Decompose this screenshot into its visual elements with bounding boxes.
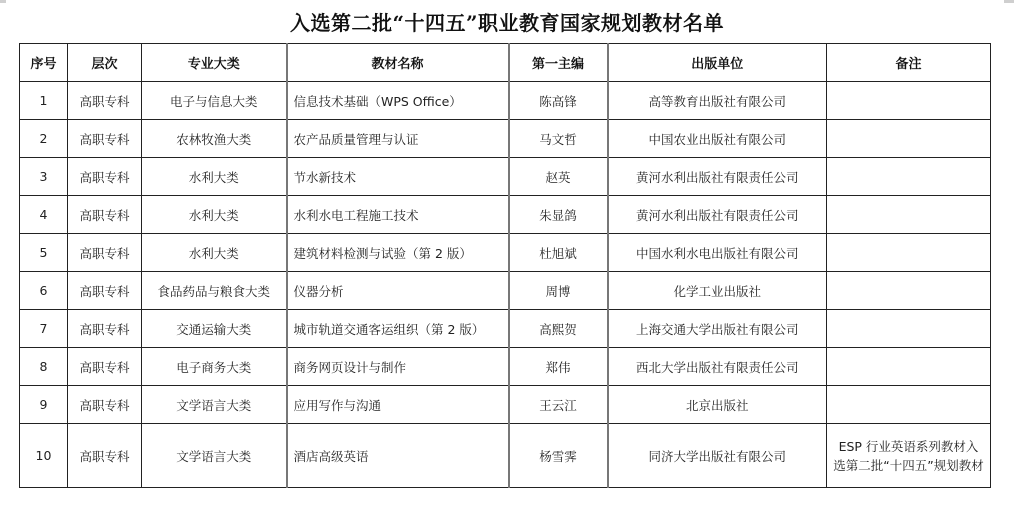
cell-remark bbox=[827, 310, 991, 348]
cell-editor: 马文哲 bbox=[509, 120, 608, 158]
cell-editor: 高熙贺 bbox=[509, 310, 608, 348]
cell-textbook: 水利水电工程施工技术 bbox=[287, 196, 509, 234]
cell-category: 文学语言大类 bbox=[142, 424, 287, 488]
cell-publisher: 北京出版社 bbox=[608, 386, 827, 424]
cell-editor: 周博 bbox=[509, 272, 608, 310]
cell-editor: 王云江 bbox=[509, 386, 608, 424]
cell-editor: 郑伟 bbox=[509, 348, 608, 386]
cell-level: 高职专科 bbox=[68, 196, 142, 234]
table-row: 7 高职专科 交通运输大类 城市轨道交通客运组织（第 2 版） 高熙贺 上海交通… bbox=[20, 310, 991, 348]
cell-level: 高职专科 bbox=[68, 310, 142, 348]
table-row: 8 高职专科 电子商务大类 商务网页设计与制作 郑伟 西北大学出版社有限责任公司 bbox=[20, 348, 991, 386]
cell-no: 10 bbox=[20, 424, 68, 488]
header-editor: 第一主编 bbox=[509, 44, 608, 82]
cell-remark bbox=[827, 234, 991, 272]
table-header-row: 序号 层次 专业大类 教材名称 第一主编 出版单位 备注 bbox=[20, 44, 991, 82]
cell-level: 高职专科 bbox=[68, 158, 142, 196]
cell-category: 水利大类 bbox=[142, 234, 287, 272]
cell-remark bbox=[827, 386, 991, 424]
cell-no: 4 bbox=[20, 196, 68, 234]
cell-textbook: 信息技术基础（WPS Office） bbox=[287, 82, 509, 120]
table-row: 9 高职专科 文学语言大类 应用写作与沟通 王云江 北京出版社 bbox=[20, 386, 991, 424]
cell-category: 电子与信息大类 bbox=[142, 82, 287, 120]
cell-editor: 陈高锋 bbox=[509, 82, 608, 120]
cell-level: 高职专科 bbox=[68, 348, 142, 386]
cell-publisher: 中国农业出版社有限公司 bbox=[608, 120, 827, 158]
cell-level: 高职专科 bbox=[68, 424, 142, 488]
cell-publisher: 西北大学出版社有限责任公司 bbox=[608, 348, 827, 386]
header-publisher: 出版单位 bbox=[608, 44, 827, 82]
cell-textbook: 仪器分析 bbox=[287, 272, 509, 310]
cell-level: 高职专科 bbox=[68, 120, 142, 158]
cell-remark bbox=[827, 348, 991, 386]
cell-remark bbox=[827, 82, 991, 120]
cell-publisher: 化学工业出版社 bbox=[608, 272, 827, 310]
table-row: 3 高职专科 水利大类 节水新技术 赵英 黄河水利出版社有限责任公司 bbox=[20, 158, 991, 196]
cell-remark bbox=[827, 158, 991, 196]
cell-category: 农林牧渔大类 bbox=[142, 120, 287, 158]
table-row: 1 高职专科 电子与信息大类 信息技术基础（WPS Office） 陈高锋 高等… bbox=[20, 82, 991, 120]
cell-textbook: 商务网页设计与制作 bbox=[287, 348, 509, 386]
cell-editor: 赵英 bbox=[509, 158, 608, 196]
header-textbook: 教材名称 bbox=[287, 44, 509, 82]
cell-editor: 杨雪霁 bbox=[509, 424, 608, 488]
cell-no: 2 bbox=[20, 120, 68, 158]
cell-no: 1 bbox=[20, 82, 68, 120]
cell-textbook: 酒店高级英语 bbox=[287, 424, 509, 488]
cell-category: 文学语言大类 bbox=[142, 386, 287, 424]
table-row: 5 高职专科 水利大类 建筑材料检测与试验（第 2 版） 杜旭斌 中国水利水电出… bbox=[20, 234, 991, 272]
cell-publisher: 同济大学出版社有限公司 bbox=[608, 424, 827, 488]
cell-textbook: 应用写作与沟通 bbox=[287, 386, 509, 424]
header-remark: 备注 bbox=[827, 44, 991, 82]
cell-level: 高职专科 bbox=[68, 82, 142, 120]
cell-textbook: 农产品质量管理与认证 bbox=[287, 120, 509, 158]
cell-editor: 朱显鸽 bbox=[509, 196, 608, 234]
cell-remark: ESP 行业英语系列教材入选第二批“十四五”规划教材 bbox=[827, 424, 991, 488]
cell-publisher: 中国水利水电出版社有限公司 bbox=[608, 234, 827, 272]
window-corner-left bbox=[0, 0, 6, 3]
cell-no: 6 bbox=[20, 272, 68, 310]
header-level: 层次 bbox=[68, 44, 142, 82]
cell-no: 7 bbox=[20, 310, 68, 348]
cell-textbook: 节水新技术 bbox=[287, 158, 509, 196]
textbook-list-table: 序号 层次 专业大类 教材名称 第一主编 出版单位 备注 1 高职专科 电子与信… bbox=[19, 43, 991, 488]
cell-publisher: 黄河水利出版社有限责任公司 bbox=[608, 158, 827, 196]
cell-level: 高职专科 bbox=[68, 272, 142, 310]
cell-category: 水利大类 bbox=[142, 158, 287, 196]
cell-editor: 杜旭斌 bbox=[509, 234, 608, 272]
cell-category: 食品药品与粮食大类 bbox=[142, 272, 287, 310]
document-title: 入选第二批“十四五”职业教育国家规划教材名单 bbox=[0, 7, 1014, 36]
table-row: 2 高职专科 农林牧渔大类 农产品质量管理与认证 马文哲 中国农业出版社有限公司 bbox=[20, 120, 991, 158]
cell-category: 水利大类 bbox=[142, 196, 287, 234]
table-row: 4 高职专科 水利大类 水利水电工程施工技术 朱显鸽 黄河水利出版社有限责任公司 bbox=[20, 196, 991, 234]
cell-remark bbox=[827, 196, 991, 234]
table-row: 6 高职专科 食品药品与粮食大类 仪器分析 周博 化学工业出版社 bbox=[20, 272, 991, 310]
cell-category: 电子商务大类 bbox=[142, 348, 287, 386]
cell-no: 8 bbox=[20, 348, 68, 386]
header-category: 专业大类 bbox=[142, 44, 287, 82]
cell-remark bbox=[827, 272, 991, 310]
window-corner-right bbox=[1004, 0, 1014, 3]
cell-textbook: 建筑材料检测与试验（第 2 版） bbox=[287, 234, 509, 272]
cell-textbook: 城市轨道交通客运组织（第 2 版） bbox=[287, 310, 509, 348]
cell-level: 高职专科 bbox=[68, 386, 142, 424]
cell-category: 交通运输大类 bbox=[142, 310, 287, 348]
cell-publisher: 上海交通大学出版社有限公司 bbox=[608, 310, 827, 348]
cell-publisher: 高等教育出版社有限公司 bbox=[608, 82, 827, 120]
cell-no: 5 bbox=[20, 234, 68, 272]
cell-publisher: 黄河水利出版社有限责任公司 bbox=[608, 196, 827, 234]
cell-level: 高职专科 bbox=[68, 234, 142, 272]
cell-remark bbox=[827, 120, 991, 158]
cell-no: 9 bbox=[20, 386, 68, 424]
table-row: 10 高职专科 文学语言大类 酒店高级英语 杨雪霁 同济大学出版社有限公司 ES… bbox=[20, 424, 991, 488]
header-no: 序号 bbox=[20, 44, 68, 82]
cell-no: 3 bbox=[20, 158, 68, 196]
